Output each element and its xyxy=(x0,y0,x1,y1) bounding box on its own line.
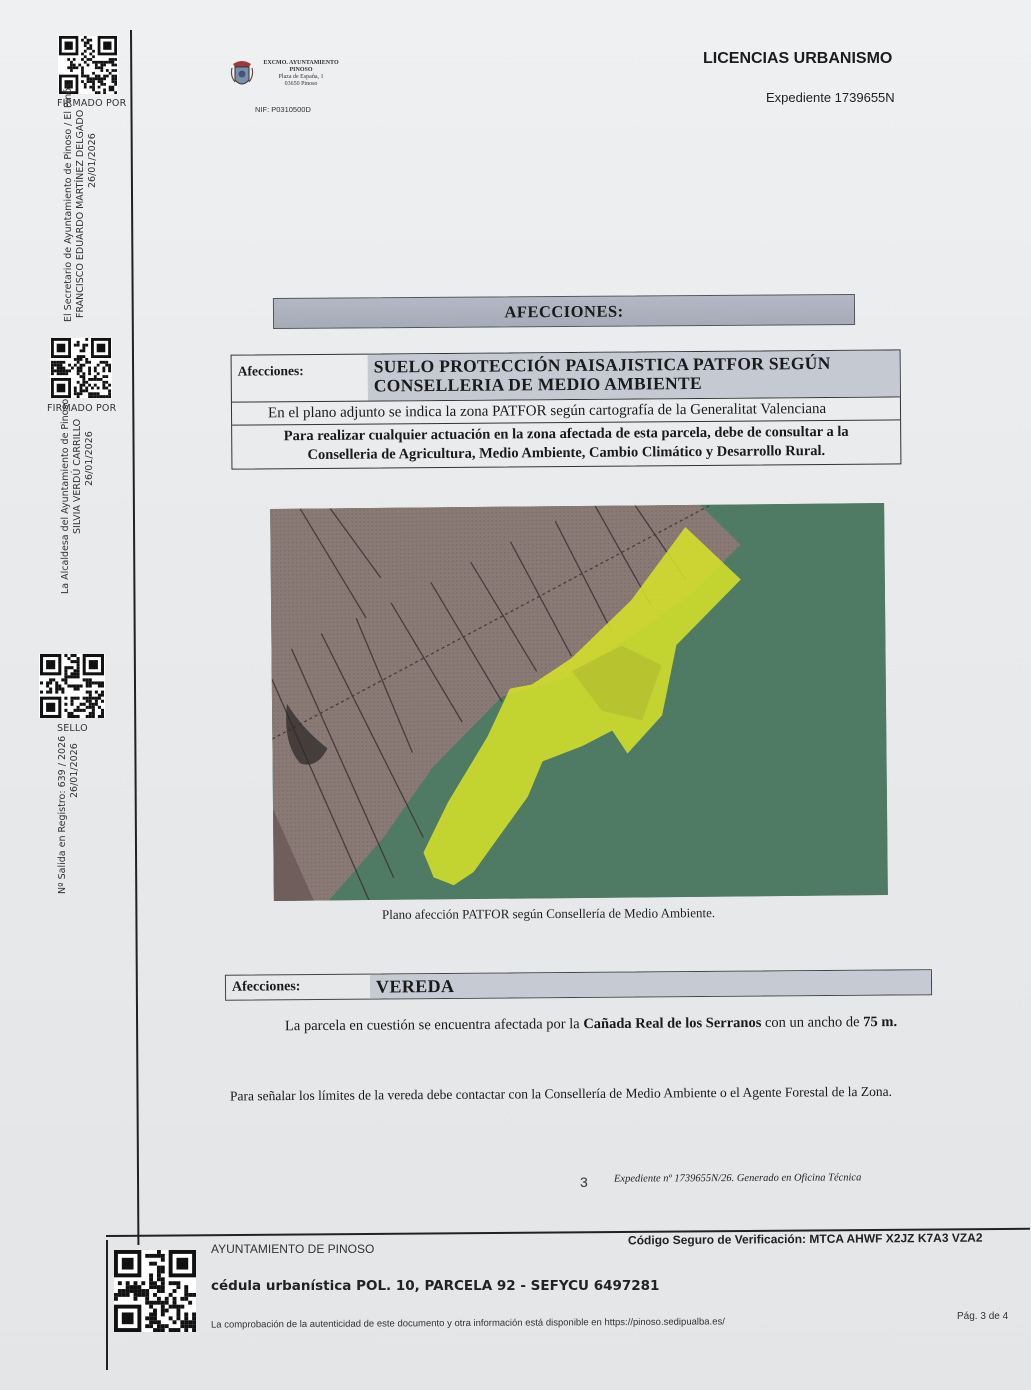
afecciones-table-patfor: Afecciones: SUELO PROTECCIÓN PAISAJISTIC… xyxy=(231,349,902,469)
signer-role: La Alcaldesa del Ayuntamiento de Pinoso xyxy=(60,399,72,594)
afecciones-label: Afecciones: xyxy=(232,355,368,402)
afecciones-vereda-header: Afecciones: VEREDA xyxy=(225,969,932,1001)
vereda-text: con un ancho de xyxy=(761,1014,863,1031)
page-indicator: Pág. 3 de 4 xyxy=(957,1311,1008,1322)
signature-date: 26/01/2026 xyxy=(84,399,96,594)
org-street: Plaza de España, 1 xyxy=(258,74,344,81)
signature-mayor: La Alcaldesa del Ayuntamiento de Pinoso … xyxy=(60,399,96,594)
vereda-width: 75 m. xyxy=(863,1014,897,1030)
patfor-notice: Para realizar cualquier actuación en la … xyxy=(232,420,900,468)
qr-code-seal[interactable] xyxy=(39,654,105,718)
canada-name: Cañada Real de los Serranos xyxy=(583,1015,761,1032)
organization-address: EXCMO. AYUNTAMIENTO PINOSO Plaza de Espa… xyxy=(258,60,344,88)
registry-number: Nº Salida en Registro: 639 / 2026 xyxy=(57,736,69,894)
vereda-note: Para señalar los límites de la vereda de… xyxy=(230,1082,930,1107)
vereda-text: La parcela en cuestión se encuentra afec… xyxy=(285,1016,583,1034)
expediente-footer: Expediente nº 1739655N/26. Generado en O… xyxy=(614,1172,861,1184)
document-page: FIRMADO POR El Secretario de Ayuntamient… xyxy=(0,0,1031,1390)
signer-name: SILVIA VERDÚ CARRILLO xyxy=(72,399,84,594)
map-caption: Plano afección PATFOR según Consellería … xyxy=(382,905,715,923)
signature-date: 26/01/2026 xyxy=(87,83,99,322)
page-number: 3 xyxy=(580,1174,588,1190)
org-postcode: 03650 Pinoso xyxy=(258,81,344,88)
signer-role: El Secretario de Ayuntamiento de Pinoso … xyxy=(63,83,75,322)
expediente-number: Expediente 1739655N xyxy=(766,90,895,105)
document-title: LICENCIAS URBANISMO xyxy=(703,50,892,68)
qr-code-mayor[interactable] xyxy=(50,338,112,398)
afecciones-label: Afecciones: xyxy=(226,975,370,1000)
org-name: EXCMO. AYUNTAMIENTO xyxy=(258,60,344,67)
margin-divider xyxy=(130,30,139,1245)
coat-of-arms-icon xyxy=(230,58,254,90)
org-city: PINOSO xyxy=(258,67,344,74)
authenticity-link[interactable]: La comprobación de la autenticidad de es… xyxy=(211,1316,725,1330)
footer-divider-vertical xyxy=(106,1240,108,1370)
section-heading: AFECCIONES: xyxy=(273,294,855,329)
signature-secretary: El Secretario de Ayuntamiento de Pinoso … xyxy=(63,83,99,322)
signer-name: FRANCISCO EDUARDO MARTÍNEZ DELGADO xyxy=(75,83,87,322)
registry-date: 26/01/2026 xyxy=(69,736,81,894)
registry-seal: Nº Salida en Registro: 639 / 2026 26/01/… xyxy=(57,736,81,894)
footer-organization: AYUNTAMIENTO DE PINOSO xyxy=(211,1242,374,1256)
nif: NIF: P0310500D xyxy=(255,105,311,114)
vereda-description: La parcela en cuestión se encuentra afec… xyxy=(285,1012,925,1037)
patfor-map-image xyxy=(270,503,888,901)
footer-document-title: cédula urbanística POL. 10, PARCELA 92 -… xyxy=(211,1278,659,1294)
qr-code-verification[interactable] xyxy=(114,1250,196,1332)
seal-label: SELLO xyxy=(57,723,88,734)
afecciones-title: VEREDA xyxy=(370,970,931,998)
verification-code: Código Seguro de Verificación: MTCA AHWF… xyxy=(628,1231,983,1248)
afecciones-title: SUELO PROTECCIÓN PAISAJISTICA PATFOR SEG… xyxy=(368,350,900,400)
